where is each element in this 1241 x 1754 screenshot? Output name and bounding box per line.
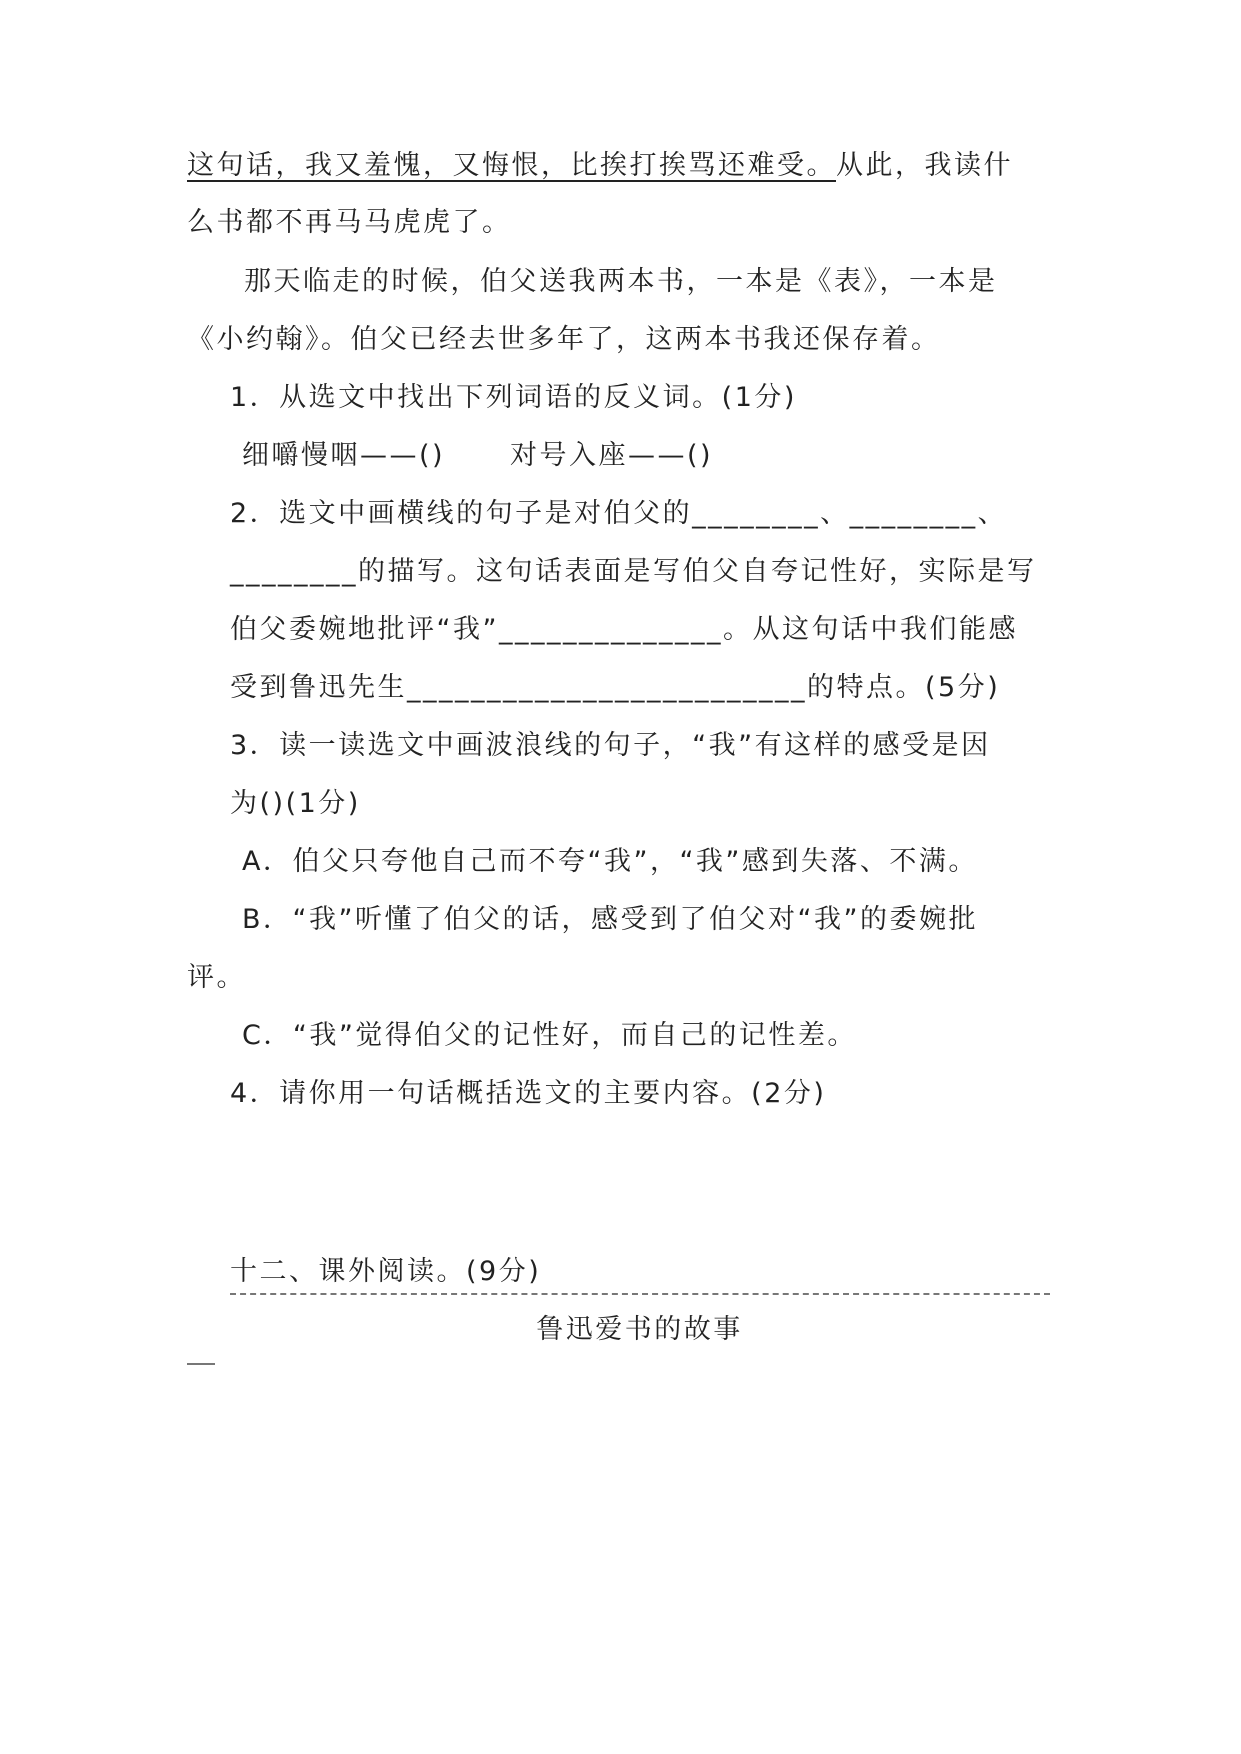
underlined-sentence: 这句话，我又羞愧，又悔恨，比挨打挨骂还难受。 [187, 150, 836, 181]
question-3-option-b-line-1: B．“我”听懂了伯父的话，感受到了伯父对“我”的委婉批 [242, 900, 978, 940]
passage-line-4: 《小约翰》。伯父已经去世多年了，这两本书我还保存着。 [187, 320, 941, 360]
document-page: 这句话，我又羞愧，又悔恨，比挨打挨骂还难受。从此，我读什 么书都不再马马虎虎了。… [0, 0, 1241, 1754]
question-1-item-2: 对号入座——() [510, 436, 713, 476]
question-2-line-3: 伯父委婉地批评“我”______________。从这句话中我们能感 [230, 610, 1018, 650]
passage-line-1-rest: 从此，我读什 [836, 150, 1013, 181]
passage-line-1: 这句话，我又羞愧，又悔恨，比挨打挨骂还难受。从此，我读什 [187, 146, 1013, 186]
passage-line-3: 那天临走的时候，伯父送我两本书，一本是《表》，一本是 [244, 262, 998, 302]
question-4-answer-line [230, 1293, 1050, 1295]
passage-line-2: 么书都不再马马虎虎了。 [187, 203, 512, 243]
question-2-line-2: ________的描写。这句话表面是写伯父自夸记性好，实际是写 [230, 552, 1037, 592]
question-4-answer-line-tail [187, 1363, 215, 1365]
question-1-prompt: 1．从选文中找出下列词语的反义词。(1分) [230, 378, 797, 418]
story-title: 鲁迅爱书的故事 [0, 1310, 1241, 1350]
question-2-line-1: 2．选文中画横线的句子是对伯父的________、________、 [230, 494, 1007, 534]
question-3-line-1: 3．读一读选文中画波浪线的句子，“我”有这样的感受是因 [230, 726, 991, 766]
question-4-prompt: 4．请你用一句话概括选文的主要内容。(2分) [230, 1074, 826, 1114]
question-3-option-a: A．伯父只夸他自己而不夸“我”，“我”感到失落、不满。 [242, 842, 978, 882]
question-2-line-4: 受到鲁迅先生_________________________的特点。(5分) [230, 668, 1000, 708]
section-heading: 十二、课外阅读。(9分) [230, 1252, 541, 1292]
question-1-item-1: 细嚼慢咽——() [242, 436, 445, 476]
question-3-option-c: C．“我”觉得伯父的记性好，而自己的记性差。 [242, 1016, 857, 1056]
question-3-line-2: 为()(1分) [230, 784, 361, 824]
question-3-option-b-line-2: 评。 [187, 958, 246, 998]
